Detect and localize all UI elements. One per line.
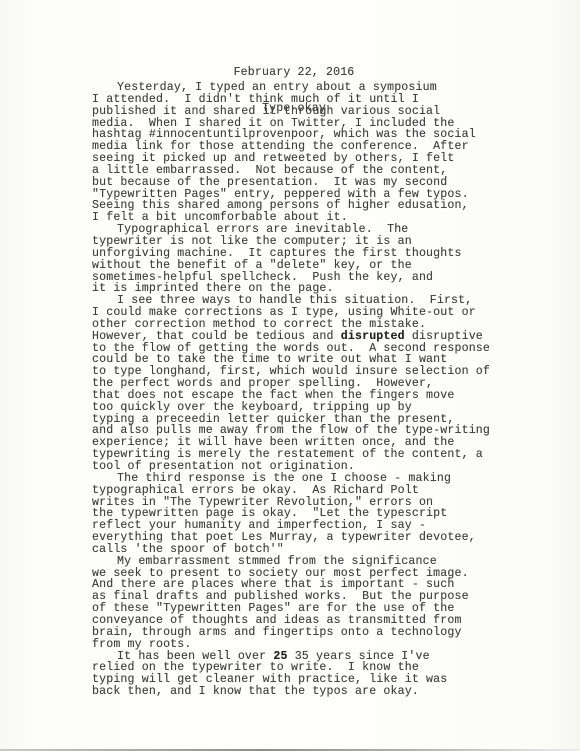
text-line: back then, and I know that the typos are… [92,686,490,698]
date-line: February 22, 2016 [0,67,580,80]
line-text: back then, and I know that the typos are… [92,685,419,698]
typewritten-page: February 22, 2016 Type-okay Yesterday, I… [0,0,580,751]
body-text: Yesterday, I typed an entry about a symp… [92,82,490,698]
